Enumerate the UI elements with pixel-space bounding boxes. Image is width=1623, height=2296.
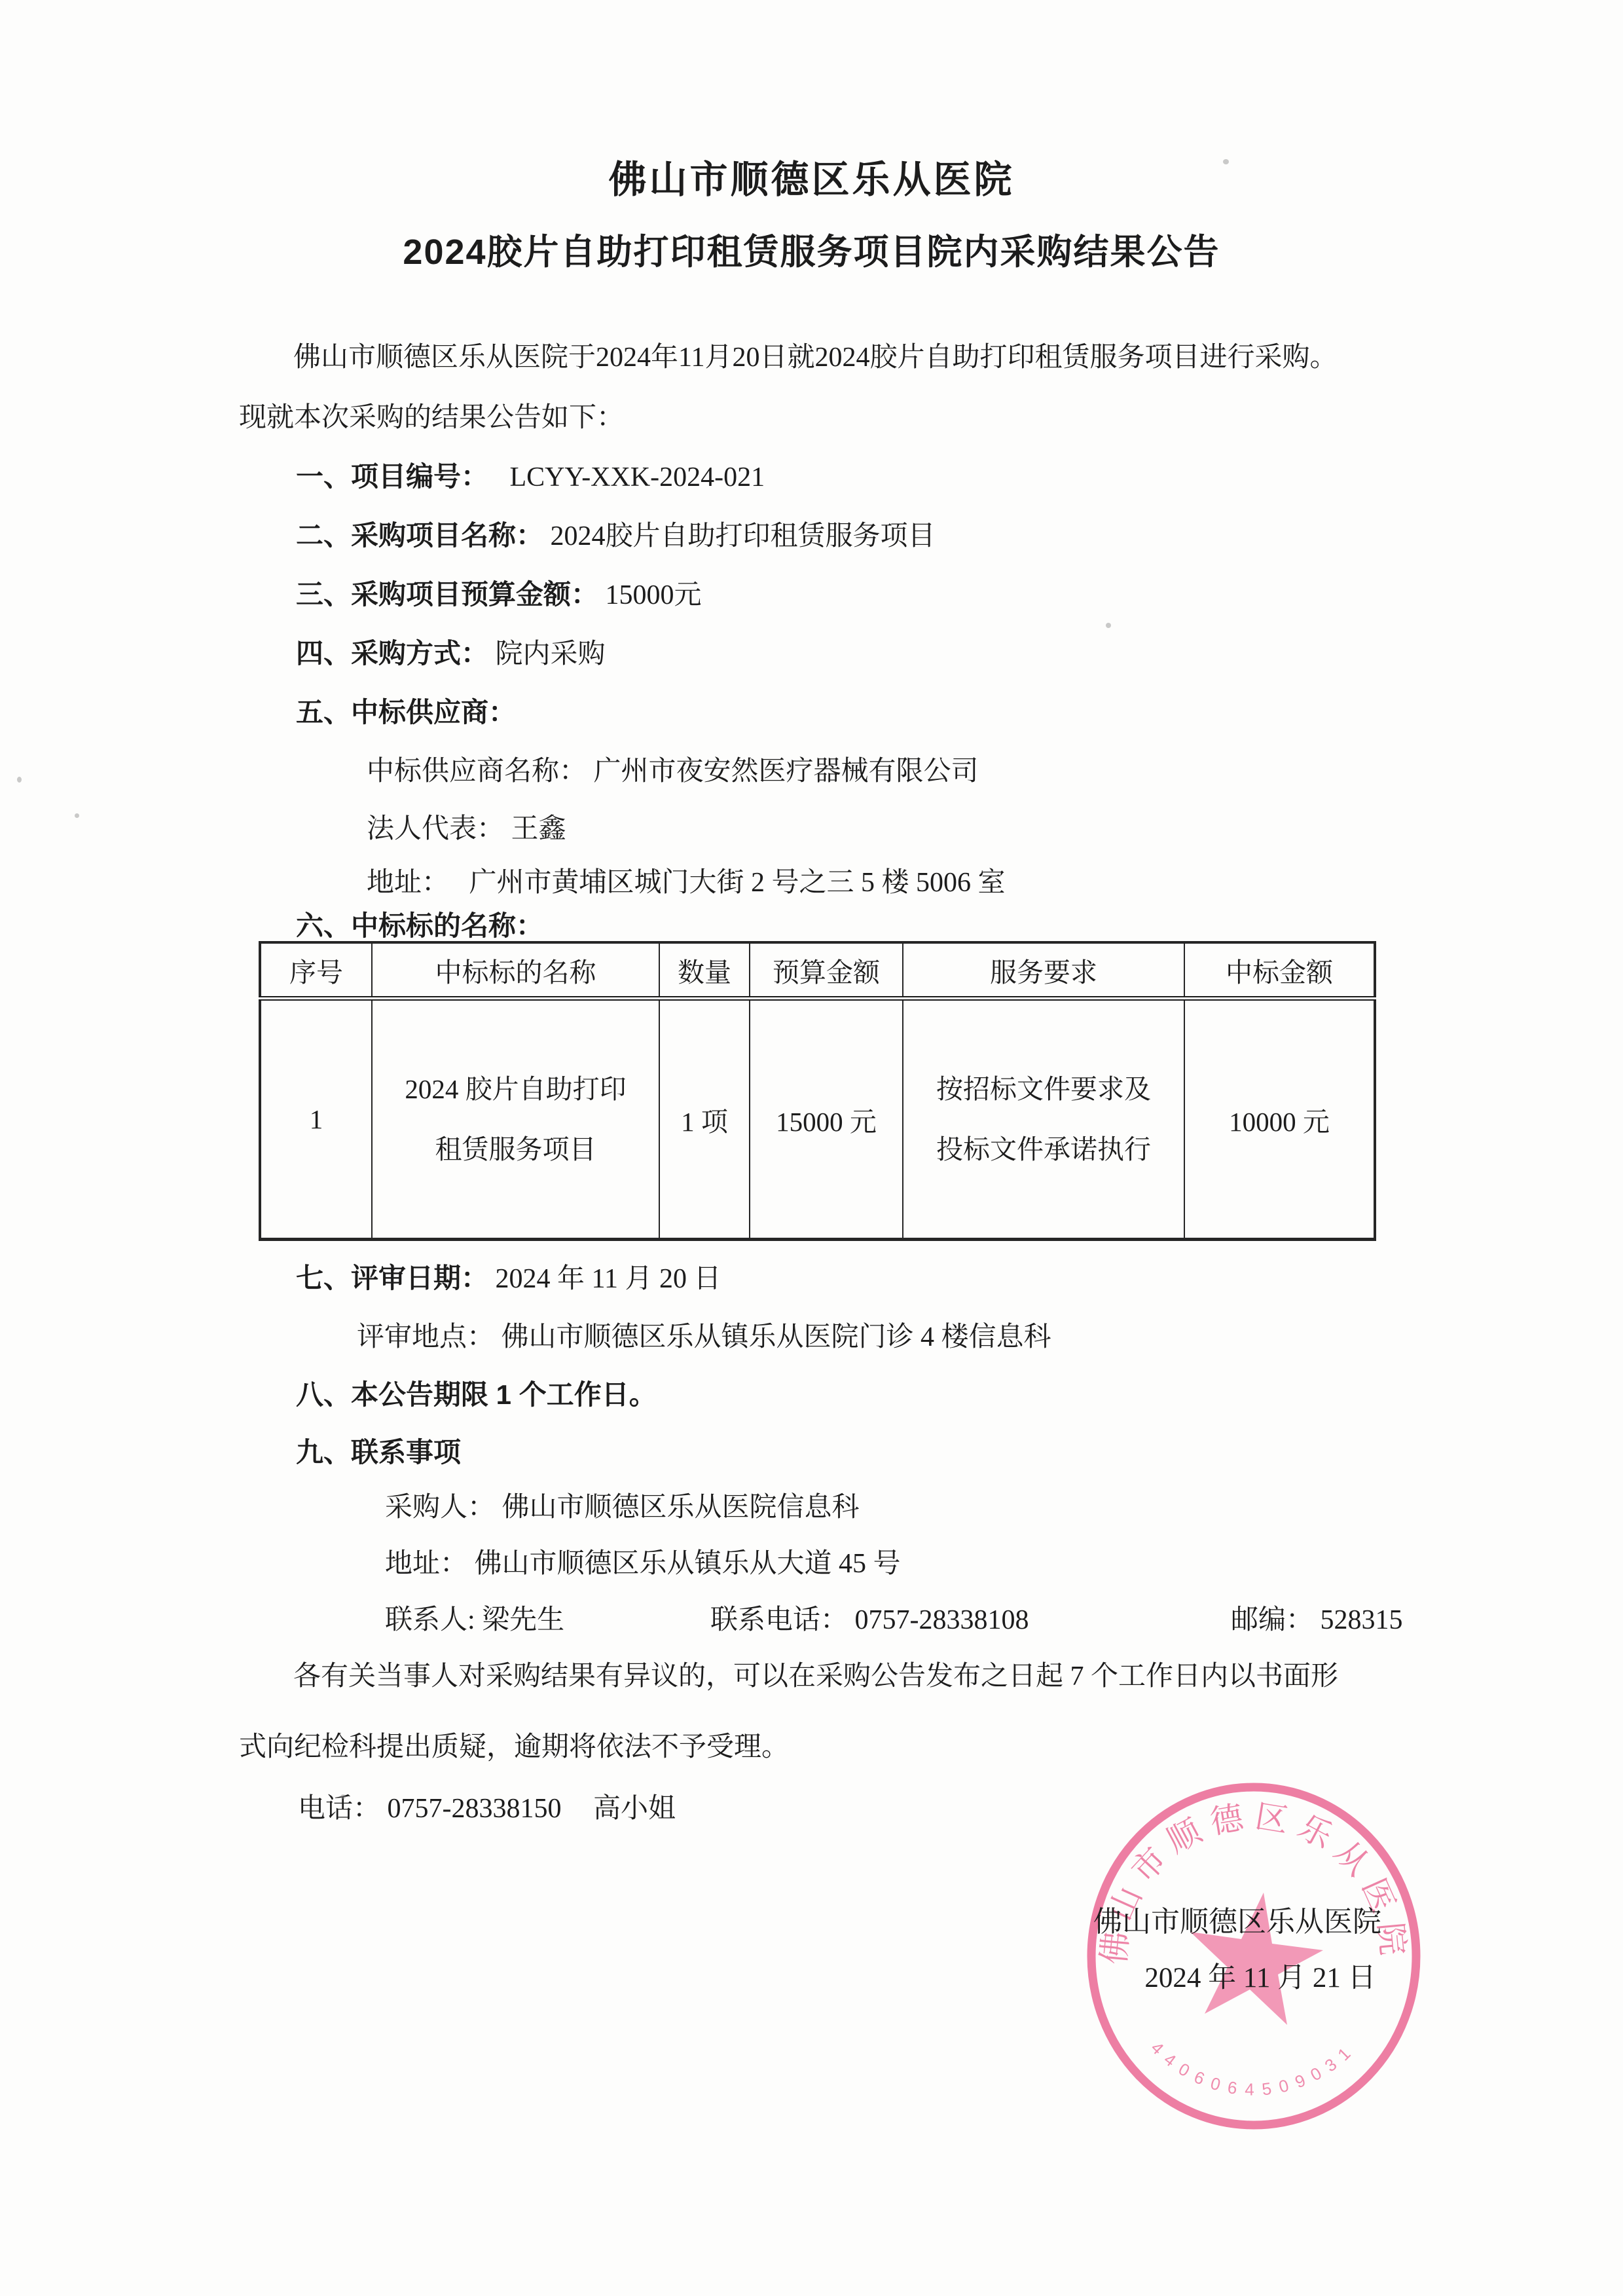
contact-zip-value: 528315 [1321,1605,1403,1635]
item-project-no-label: 一、项目编号： [296,461,488,492]
section8-line: 八、本公告期限 1 个工作日。 [296,1378,657,1412]
item-winner: 五、中标供应商： [296,695,516,730]
contact-buyer-label: 采购人： [385,1492,495,1523]
doc-title-line2: 2024胶片自助打印租赁服务项目院内采购结果公告 [0,231,1623,274]
col-header-award: 中标金额 [1184,942,1375,999]
item-budget-value: 15000元 [606,580,702,610]
supplier-name-value: 广州市夜安然医疗器械有限公司 [594,756,979,787]
cell-name: 2024 胶片自助打印 租赁服务项目 [372,999,659,1240]
section6-label: 六、中标标的名称： [296,909,543,943]
supplier-name-label: 中标供应商名称： [367,756,587,787]
contact-zip: 邮编： 528315 [1231,1603,1403,1637]
appeal-line2: 式向纪检科提出质疑，逾期将依法不予受理。 [239,1730,789,1764]
supplier-addr-value: 广州市黄埔区城门大街 2 号之三 5 楼 5006 室 [469,868,1006,898]
item-method-label: 四、采购方式： [296,638,488,669]
award-result-table: 序号 中标标的名称 数量 预算金额 服务要求 中标金额 1 2024 胶片自助打… [259,941,1376,1241]
contact-addr-line: 地址： 佛山市顺德区乐从镇乐从大道 45 号 [385,1547,901,1581]
contact-addr-label: 地址： [385,1549,467,1579]
cell-award: 10000 元 [1184,999,1375,1240]
col-header-qty: 数量 [659,942,750,999]
cell-name-line2: 租赁服务项目 [373,1119,659,1179]
supplier-addr-line: 地址： 广州市黄埔区城门大街 2 号之三 5 楼 5006 室 [367,866,1006,900]
scan-speck [75,813,79,818]
cell-service-line2: 投标文件承诺执行 [903,1119,1184,1179]
appeal-line1: 各有关当事人对采购结果有异议的，可以在采购公告发布之日起 7 个工作日内以书面形 [293,1659,1338,1694]
svg-text:4406064509031: 4406064509031 [1147,2038,1360,2100]
phone-label: 电话： [298,1794,380,1824]
signature-org: 佛山市顺德区乐从医院 [1080,1904,1395,1940]
item-project-no-value: LCYY-XXK-2024-021 [510,462,765,492]
section7-date-line: 七、评审日期： 2024 年 11 月 20 日 [296,1261,721,1296]
table-header-row: 序号 中标标的名称 数量 预算金额 服务要求 中标金额 [260,942,1375,999]
section7-place-label: 评审地点： [357,1322,494,1352]
official-seal-stamp: 佛山市顺德区乐从医院 4406064509031 [1077,1771,1431,2138]
phone-contact-name: 高小姐 [593,1794,676,1824]
seal-serial-number: 4406064509031 [1147,2038,1360,2100]
contact-tel-value: 0757-28338108 [855,1605,1029,1635]
intro-line2: 现就本次采购的结果公告如下： [239,401,624,435]
cell-qty: 1 项 [659,999,750,1240]
cell-service: 按招标文件要求及 投标文件承诺执行 [903,999,1184,1240]
phone-value: 0757-28338150 [388,1794,562,1824]
scan-speck [1106,623,1111,628]
cell-budget: 15000 元 [750,999,903,1240]
section7-label: 七、评审日期： [296,1263,488,1293]
supplier-legal-label: 法人代表： [367,814,504,844]
cell-name-line1: 2024 胶片自助打印 [373,1059,659,1119]
contact-tel: 联系电话： 0757-28338108 [710,1603,1029,1637]
supplier-addr-label: 地址： [367,868,449,898]
cell-seq: 1 [260,999,372,1240]
table-row: 1 2024 胶片自助打印 租赁服务项目 1 项 15000 元 按招标文件要求… [260,999,1375,1240]
supplier-name-line: 中标供应商名称： 广州市夜安然医疗器械有限公司 [367,754,979,788]
contact-zip-label: 邮编： [1231,1605,1313,1635]
section7-place-value: 佛山市顺德区乐从镇乐从医院门诊 4 楼信息科 [501,1322,1051,1352]
scan-speck [340,1794,346,1799]
scan-speck [1223,159,1229,164]
signature-date: 2024 年 11 月 21 日 [1110,1961,1411,1996]
contact-tel-label: 联系电话： [710,1605,848,1635]
item-winner-label: 五、中标供应商： [296,697,516,728]
col-header-seq: 序号 [260,942,372,999]
col-header-service: 服务要求 [903,942,1184,999]
doc-title-line1: 佛山市顺德区乐从医院 [0,157,1623,203]
item-project-no: 一、项目编号： LCYY-XXK-2024-021 [296,460,765,494]
contact-person: 联系人: 梁先生 [385,1603,564,1637]
item-method: 四、采购方式： 院内采购 [296,637,606,671]
item-project-name-value: 2024胶片自助打印租赁服务项目 [551,521,936,551]
contact-buyer-value: 佛山市顺德区乐从医院信息科 [502,1492,860,1523]
col-header-name: 中标标的名称 [372,942,659,999]
intro-line1: 佛山市顺德区乐从医院于2024年11月20日就2024胶片自助打印租赁服务项目进… [293,341,1337,375]
phone-line: 电话： 0757-28338150 高小姐 [298,1792,676,1826]
contact-person-value: 梁先生 [482,1605,564,1635]
supplier-legal-line: 法人代表： 王鑫 [367,812,566,846]
col-header-budget: 预算金额 [750,942,903,999]
item-budget: 三、采购项目预算金额： 15000元 [296,578,702,612]
document-page: 佛山市顺德区乐从医院 2024胶片自助打印租赁服务项目院内采购结果公告 佛山市顺… [0,0,1623,2296]
section7-place-line: 评审地点： 佛山市顺德区乐从镇乐从医院门诊 4 楼信息科 [357,1320,1051,1354]
supplier-legal-value: 王鑫 [511,814,566,844]
contact-addr-value: 佛山市顺德区乐从镇乐从大道 45 号 [475,1549,901,1579]
item-method-value: 院内采购 [496,639,606,669]
contact-buyer-line: 采购人： 佛山市顺德区乐从医院信息科 [385,1491,860,1525]
section9-line: 九、联系事项 [296,1435,461,1470]
section7-value: 2024 年 11 月 20 日 [496,1264,721,1294]
item-budget-label: 三、采购项目预算金额： [296,579,598,610]
cell-service-line1: 按招标文件要求及 [903,1059,1184,1119]
contact-person-label: 联系人: [385,1605,475,1635]
scan-speck [17,777,22,783]
item-project-name: 二、采购项目名称： 2024胶片自助打印租赁服务项目 [296,519,936,553]
item-project-name-label: 二、采购项目名称： [296,520,543,551]
